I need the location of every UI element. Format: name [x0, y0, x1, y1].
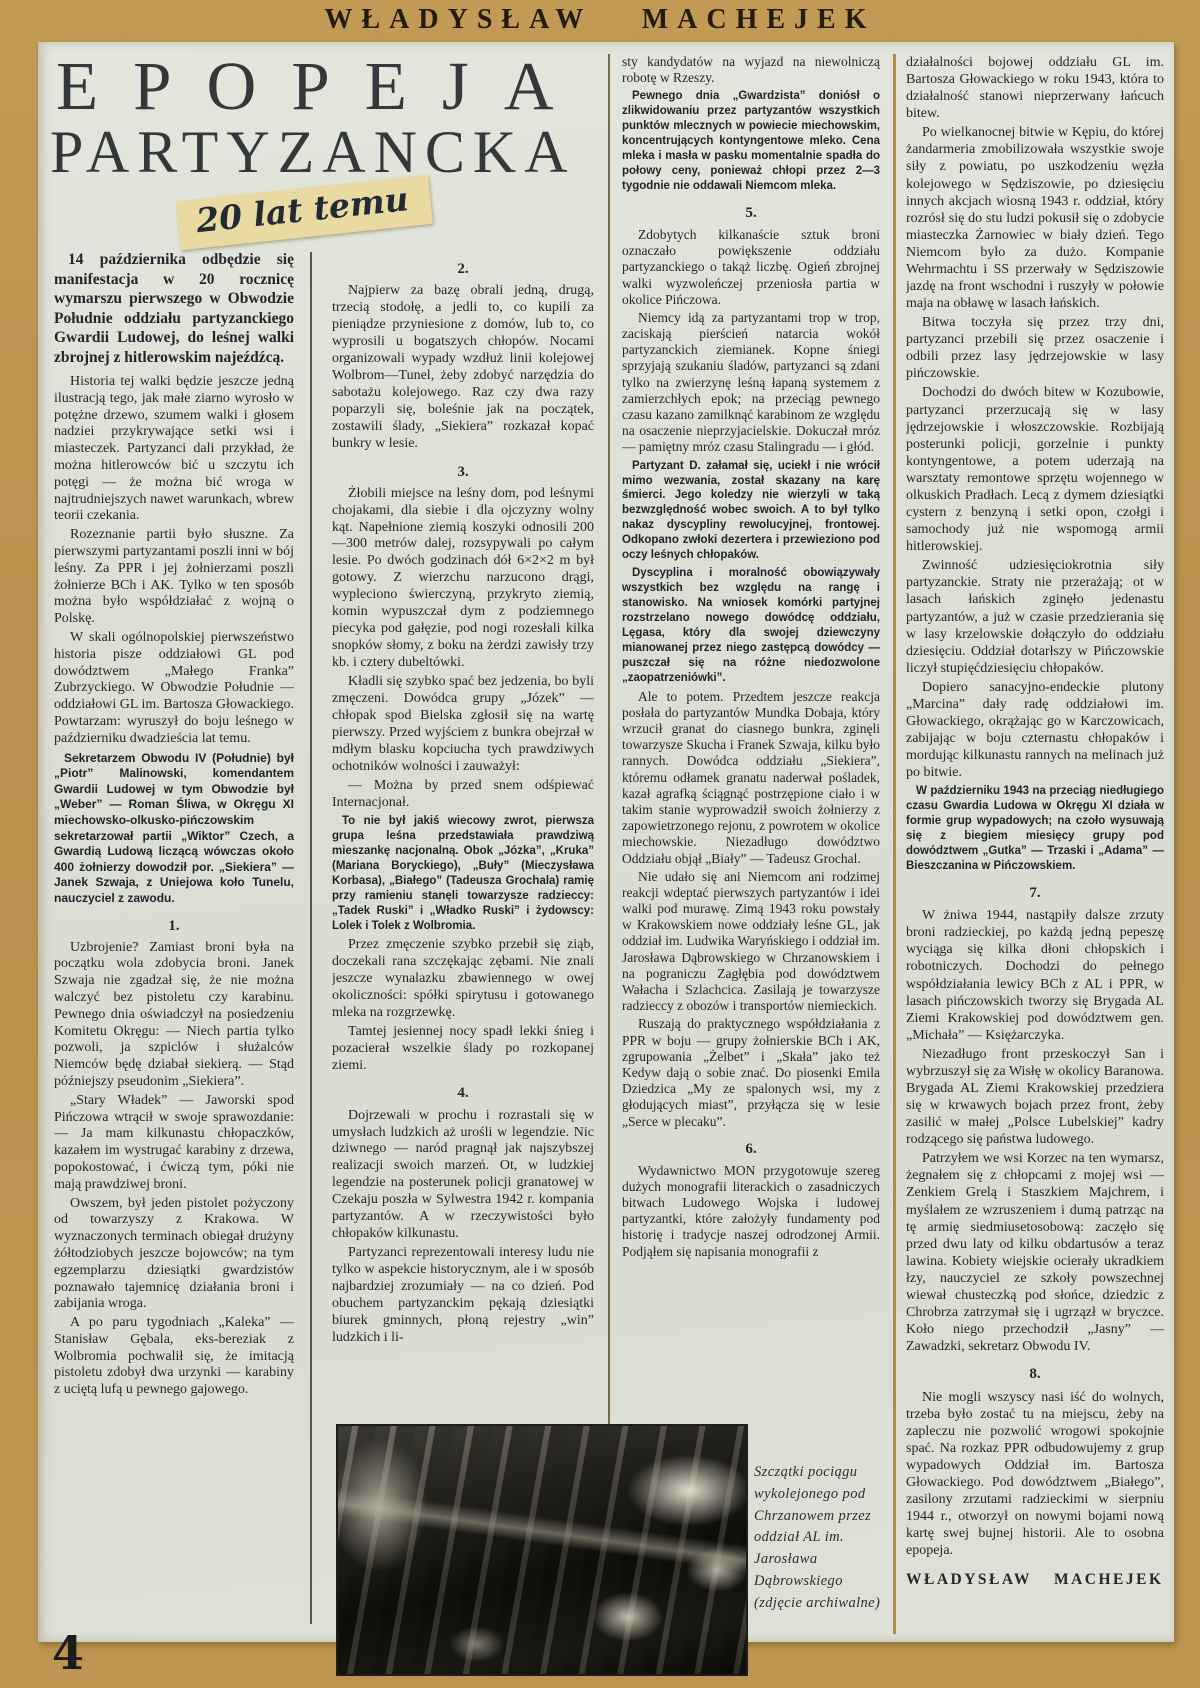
anniversary-badge: 20 lat temu	[176, 175, 433, 250]
article-paragraph: W żniwa 1944, nastąpiły dalsze zrzuty br…	[906, 907, 1164, 1044]
article-paragraph: Kładli się szybko spać bez jedzenia, bo …	[332, 674, 594, 776]
article-paragraph: A po paru tygodniach „Kaleka” — Stanisła…	[54, 1315, 294, 1399]
article-paragraph: Żłobili miejsce na leśny dom, pod leśnym…	[332, 486, 594, 672]
column-divider-1	[310, 252, 312, 1624]
article-paragraph: Uzbrojenie? Zamiast broni była na począt…	[54, 940, 294, 1091]
article-paragraph: Nie udało się ani Niemcom ani rodzimej r…	[622, 869, 880, 1015]
column-divider-2	[608, 54, 610, 1434]
article-paragraph: Historia tej walki będzie jeszcze jedną …	[54, 374, 294, 525]
article-paragraph: To nie był jakiś wiecowy zwrot, pierwsza…	[332, 814, 594, 934]
section-heading: 4.	[332, 1084, 594, 1102]
article-column-4: działalności bojowej oddziału GL im. Bar…	[906, 54, 1164, 1638]
article-paragraph: Dopiero sanacyjno-endeckie plutony „Marc…	[906, 679, 1164, 781]
article-paragraph: Sekretarzem Obwodu IV (Południe) był „Pi…	[54, 751, 294, 907]
article-paragraph: Niezadługo front przeskoczył San i wybrz…	[906, 1046, 1164, 1148]
article-column-3: sty kandydatów na wyjazd na niewolniczą …	[622, 54, 880, 1406]
article-paragraph: Niemcy idą za partyzantami trop w trop, …	[622, 310, 880, 456]
photo-caption: Szczątki pociągu wykolejonego pod Chrzan…	[754, 1462, 886, 1614]
article-paragraph: Dochodzi do dwóch bitew w Kozubowie, par…	[906, 384, 1164, 555]
section-heading: 3.	[332, 463, 594, 481]
section-heading: 2.	[332, 260, 594, 278]
article-paragraph: działalności bojowej oddziału GL im. Bar…	[906, 54, 1164, 122]
article-paragraph: Zdobytych kilkanaście sztuk broni oznacz…	[622, 227, 880, 308]
photo-wrecked-train	[336, 1424, 748, 1676]
article-paragraph: Owszem, był jeden pistolet pożyczony od …	[54, 1196, 294, 1314]
article-paragraph: Najpierw za bazę obrali jedną, drugą, tr…	[332, 283, 594, 452]
section-heading: 7.	[906, 884, 1164, 902]
lead-paragraph: 14 października odbędzie się manifestacj…	[54, 250, 294, 367]
column-divider-3	[893, 54, 896, 1634]
article-paragraph: Nie mogli wszyscy nasi iść do wolnych, t…	[906, 1389, 1164, 1560]
article-paragraph: Ruszają do praktycznego współdziałania z…	[622, 1016, 880, 1129]
article-paragraph: Dyscyplina i moralność obowiązywały wszy…	[622, 566, 880, 686]
author-signature: WŁADYSŁAW MACHEJEK	[906, 1571, 1164, 1590]
article-paragraph: Patrzyłem we wsi Korzec na ten wymarsz, …	[906, 1150, 1164, 1355]
page-header-author: WŁADYSŁAW MACHEJEK	[0, 4, 1200, 36]
article-paragraph: Partyzanci reprezentowali interesy ludu …	[332, 1245, 594, 1347]
article-paragraph: Dojrzewali w prochu i rozrastali się w u…	[332, 1108, 594, 1244]
section-heading: 6.	[622, 1140, 880, 1158]
article-paragraph: Rozeznanie partii było słuszne. Za pierw…	[54, 527, 294, 628]
article-paragraph: Pewnego dnia „Gwardzista” doniósł o zlik…	[622, 89, 880, 194]
article-paragraph: Po wielkanocnej bitwie w Kępiu, do które…	[906, 124, 1164, 312]
article-paragraph: Tamtej jesiennej nocy spadł lekki śnieg …	[332, 1024, 594, 1075]
article-paragraph: W skali ogólnopolskiej pierwszeństwo his…	[54, 630, 294, 748]
section-heading: 8.	[906, 1365, 1164, 1383]
section-heading: 1.	[54, 917, 294, 935]
article-paragraph: Wydawnictwo MON przygotowuje szereg duży…	[622, 1163, 880, 1260]
article-paragraph: Bitwa toczyła się przez trzy dni, partyz…	[906, 314, 1164, 382]
section-heading: 5.	[622, 204, 880, 222]
article-paragraph: — Można by przed snem odśpiewać Internac…	[332, 778, 594, 812]
page-number: 4	[52, 1626, 84, 1680]
article-paper: EPOPEJA PARTYZANCKA 20 lat temu 14 paźdz…	[38, 42, 1174, 1642]
article-paragraph: Partyzant D. załamał się, uciekł i nie w…	[622, 459, 880, 564]
article-title-block: EPOPEJA PARTYZANCKA 20 lat temu	[50, 52, 602, 248]
article-paragraph: Ale to potem. Przedtem jeszcze reakcja p…	[622, 689, 880, 867]
article-title-line2: PARTYZANCKA	[50, 121, 602, 184]
article-paragraph: sty kandydatów na wyjazd na niewolniczą …	[622, 54, 880, 86]
article-paragraph: Zwinność udziesięciokrotnia siły partyza…	[906, 557, 1164, 677]
article-title-line1: EPOPEJA	[50, 52, 602, 121]
article-paragraph: W październiku 1943 na przeciąg niedługi…	[906, 784, 1164, 874]
article-column-1: 14 października odbędzie się manifestacj…	[54, 250, 294, 1630]
article-column-2: 2.Najpierw za bazę obrali jedną, drugą, …	[332, 250, 594, 1426]
article-paragraph: „Stary Władek” — Jaworski spod Pińczowa …	[54, 1093, 294, 1194]
article-paragraph: Przez zmęczenie szybko przebił się ziąb,…	[332, 937, 594, 1022]
